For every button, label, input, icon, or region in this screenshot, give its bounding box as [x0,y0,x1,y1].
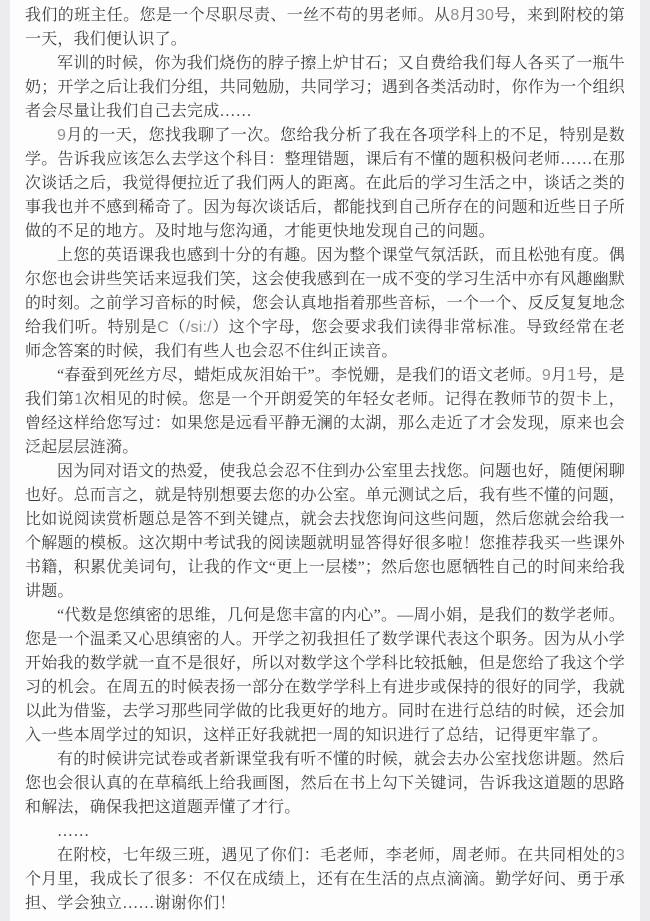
essay-paragraph-7: “代数是您缜密的思维，几何是您丰富的内心”。—周小娟，是我们的数学老师。您是一个… [25,604,625,748]
essay-page: 我们的班主任。您是一个尽职尽责、一丝不苟的男老师。从8月30号，来到附校的第一天… [0,0,650,921]
right-gutter [640,0,650,921]
essay-paragraph-6: 因为同对语文的热爱，使我总会忍不住到办公室里去找您。问题也好，随便闲聊也好。总而… [25,460,625,604]
essay-paragraph-4: 上您的英语课我也感到十分的有趣。因为整个课堂气氛活跃，而且松弛有度。偶尔您也会讲… [25,244,625,364]
essay-paragraph-8: 有的时候讲完试卷或者新课堂我有听不懂的时候，就会去办公室找您讲题。然后您也会很认… [25,748,625,820]
essay-paragraph-2: 军训的时候，你为我们烧伤的脖子擦上炉甘石；又自费给我们每人各买了一瓶牛奶；开学之… [25,52,625,124]
left-gutter [0,0,10,921]
essay-paragraph-1: 我们的班主任。您是一个尽职尽责、一丝不苟的男老师。从8月30号，来到附校的第一天… [25,4,625,52]
essay-paragraph-3: 9月的一天，您找我聊了一次。您给我分析了我在各项学科上的不足，特别是数学。告诉我… [25,124,625,244]
essay-paragraph-closing: 在附校，七年级三班，遇见了你们：毛老师，李老师，周老师。在共同相处的3个月里，我… [25,844,625,916]
essay-paragraph-5: “春蚕到死丝方尽，蜡炬成灰泪始干”。李悦姗，是我们的语文老师。9月1号，是我们第… [25,364,625,460]
essay-content: 我们的班主任。您是一个尽职尽责、一丝不苟的男老师。从8月30号，来到附校的第一天… [10,0,640,921]
essay-paragraph-ellipsis: …… [25,820,625,844]
